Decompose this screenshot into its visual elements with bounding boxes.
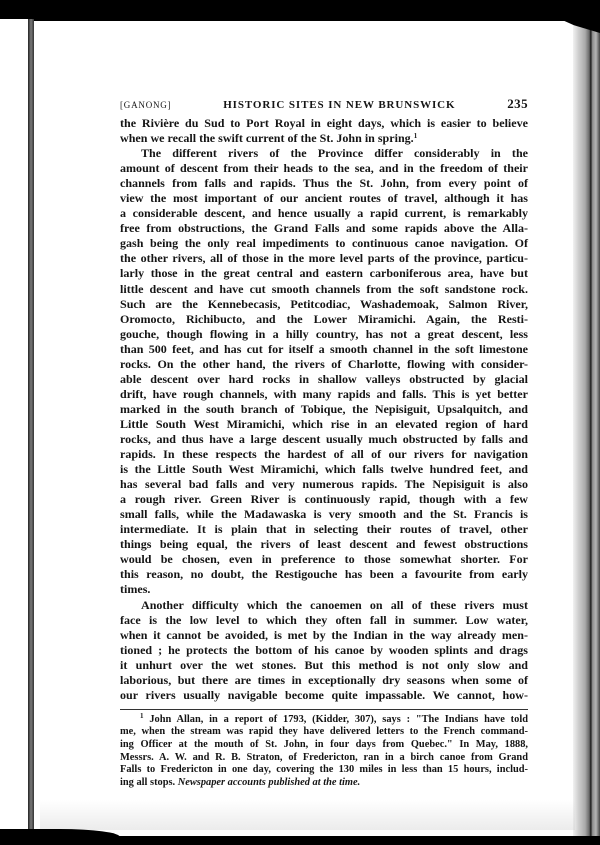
text-line: a considerable descent, and hence usuall… <box>120 206 528 221</box>
book-binding-shadow <box>573 19 600 837</box>
text-line: Little South West Miramichi, which rise … <box>120 417 528 432</box>
text-line: drift, have rough channels, with many ra… <box>120 387 528 402</box>
scan-bottom-border <box>0 836 600 845</box>
text-line: channels from falls and rapids. Thus the… <box>120 176 528 191</box>
footnote-marker: 1 <box>140 712 144 720</box>
text-line: when it cannot be avoided, is met by the… <box>120 628 528 643</box>
text-line: amount of descent from their heads to th… <box>120 161 528 176</box>
paragraph-2: The different rivers of the Province dif… <box>120 146 528 597</box>
text-line: laborious, but there are times in except… <box>120 673 528 688</box>
paragraph-3: Another difficulty which the canoemen on… <box>120 598 528 703</box>
scan-top-edge <box>30 18 575 21</box>
text-line: the other rivers, all of those in the mo… <box>120 251 528 266</box>
text-line: rapids. In these respects the hardest of… <box>120 447 528 462</box>
text-line: when we recall the swift current of the … <box>120 131 528 146</box>
text-line: times. <box>120 582 528 597</box>
text-line: The different rivers of the Province dif… <box>120 146 528 161</box>
page-number: 235 <box>507 96 528 112</box>
text-line: Oromocto, Richibucto, and the Lower Mira… <box>120 312 528 327</box>
footnote: 1 John Allan, in a report of 1793, (Kidd… <box>120 714 528 790</box>
footnote-source-citation: Newspaper accounts published at the time… <box>178 777 360 788</box>
footnote-line: Messrs. A. W. and R. B. Straton, of Fred… <box>120 752 528 765</box>
text-line: Such are the Kennebecasis, Petitcodiac, … <box>120 297 528 312</box>
running-head-title: HISTORIC SITES IN NEW BRUNSWICK <box>223 99 455 111</box>
paper-texture <box>40 800 575 830</box>
text-line: face is the low level to which they ofte… <box>120 613 528 628</box>
text-line: gash being the only real impediments to … <box>120 236 528 251</box>
text-line: intermediate. It is plain that in select… <box>120 522 528 537</box>
text-line-content: when we recall the swift current of the … <box>120 131 414 145</box>
body-text: the Rivière du Sud to Port Royal in eigh… <box>120 116 528 703</box>
footnote-divider <box>120 709 528 710</box>
scan-top-border <box>0 0 600 19</box>
footnote-line-content: John Allan, in a report of 1793, (Kidder… <box>149 714 528 725</box>
text-line: rocks, and thus have a large descent usu… <box>120 432 528 447</box>
text-line: would be chosen, even in preference to t… <box>120 552 528 567</box>
text-line: is the Little South West Miramichi, whic… <box>120 462 528 477</box>
text-line: little descent and have cut smooth chann… <box>120 282 528 297</box>
text-line: larly those in the great central and eas… <box>120 266 528 281</box>
text-line: a rough river. Green River is continuous… <box>120 492 528 507</box>
text-line: gouche, though flowing in a hilly countr… <box>120 327 528 342</box>
page-left-edge <box>28 19 34 837</box>
text-line: things being equal, the rivers of least … <box>120 537 528 552</box>
text-line: able descent over hard rocks in shallow … <box>120 372 528 387</box>
text-line: small falls, while the Madawaska is very… <box>120 507 528 522</box>
text-line: tioned ; he protects the bottom of his c… <box>120 643 528 658</box>
running-head: [GANONG] HISTORIC SITES IN NEW BRUNSWICK… <box>120 96 528 112</box>
book-page: [GANONG] HISTORIC SITES IN NEW BRUNSWICK… <box>120 96 528 789</box>
text-line: view the most important of our ancient r… <box>120 191 528 206</box>
footnote-line: ing all stops. Newspaper accounts publis… <box>120 777 528 790</box>
scan-left-margin <box>0 19 28 837</box>
text-line: it unhurt over the wet stones. But this … <box>120 658 528 673</box>
footnote-line: ing Officer at the mouth of St. John, in… <box>120 739 528 752</box>
footnote-line: Falls to Fredericton in one day, coverin… <box>120 764 528 777</box>
footnote-reference[interactable]: 1 <box>414 132 418 140</box>
text-line: this reason, no doubt, the Restigouche h… <box>120 567 528 582</box>
text-line: our rivers usually navigable become quit… <box>120 688 528 703</box>
footnote-line: 1 John Allan, in a report of 1793, (Kidd… <box>120 714 528 727</box>
paragraph-1: the Rivière du Sud to Port Royal in eigh… <box>120 116 528 146</box>
footnote-line: me, when the stream was rapid they have … <box>120 726 528 739</box>
footnote-line-content: ing all stops. <box>120 777 178 788</box>
text-line: rocks. On the other hand, the rivers of … <box>120 357 528 372</box>
text-line: marked in the south branch of Tobique, t… <box>120 402 528 417</box>
running-head-author: [GANONG] <box>120 100 171 110</box>
text-line: free from obstructions, the Grand Falls … <box>120 221 528 236</box>
text-line: Another difficulty which the canoemen on… <box>120 598 528 613</box>
text-line: the Rivière du Sud to Port Royal in eigh… <box>120 116 528 131</box>
text-line: than 500 feet, and has cut for itself a … <box>120 342 528 357</box>
text-line: has several bad falls and very numerous … <box>120 477 528 492</box>
